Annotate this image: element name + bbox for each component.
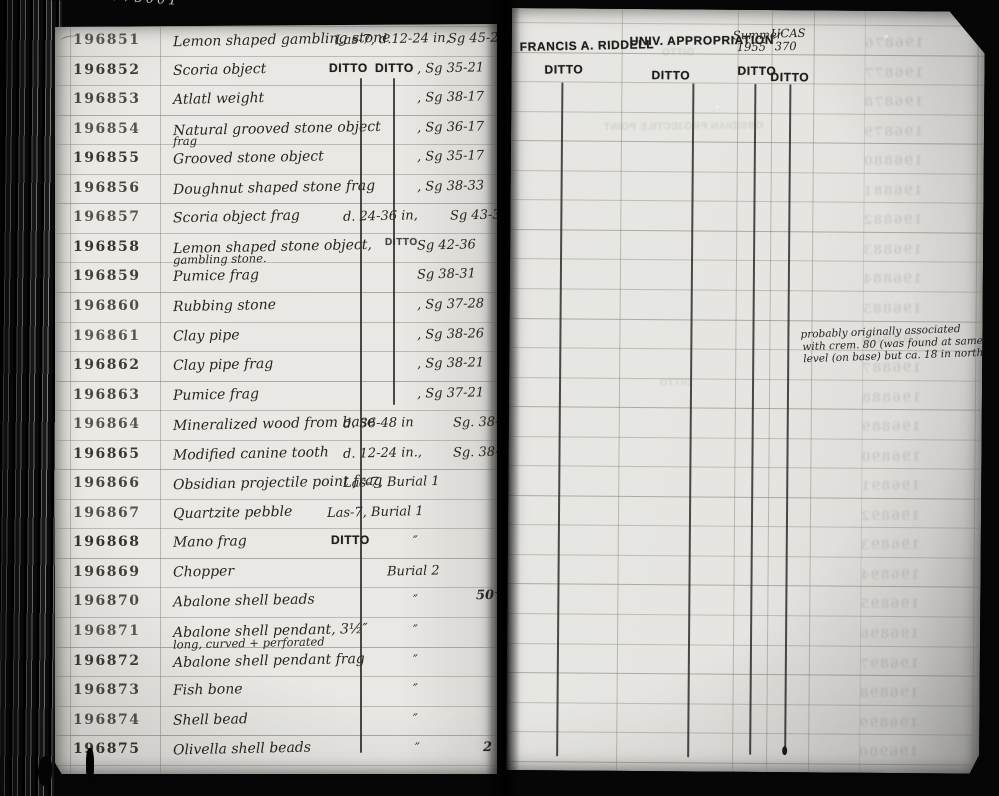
ghost-number: 196899 (858, 715, 918, 731)
ditto-stamp: DITTO (544, 62, 583, 76)
ditto-mark: ″ (413, 534, 418, 549)
catalog-number: 196855 (73, 150, 140, 166)
catalog-number: 196862 (73, 357, 140, 373)
catalog-number: 196868 (73, 534, 140, 550)
catalog-number: 196866 (73, 475, 140, 491)
ruled-line (510, 258, 983, 263)
ghost-number: 196889 (861, 420, 921, 436)
catalog-number: 196863 (73, 387, 140, 403)
specimen-number: , Sg 37-21 (417, 385, 484, 401)
ghost-number: 196879 (863, 124, 923, 140)
specimen-number: Sg 38-31 (417, 267, 476, 283)
catalog-row: 196864Mineralized wood from based. 36-48… (55, 414, 497, 444)
catalog-row: 196859Pumice fragSg 38-31 (55, 266, 497, 296)
provenience-note: Las-7, d.12-24 in, (335, 31, 450, 48)
catalog-number: 196854 (73, 121, 140, 137)
right-ruled-lines (512, 8, 985, 12)
season-year-handwriting: 1955 (737, 40, 766, 54)
catalog-row: 196868Mano frag″DITTO (55, 532, 497, 562)
object-description: Shell bead (173, 711, 248, 729)
ruled-line (508, 495, 981, 500)
catalog-number: 196874 (73, 712, 140, 728)
provenience-note: d. 24-36 in, (343, 209, 418, 226)
ghost-number: 196898 (859, 686, 919, 702)
catalog-number: 196873 (73, 682, 140, 698)
provenience-note: Las-7, Burial 1 (327, 504, 424, 521)
bleed-through-ghost-text: 1968761968771968781968791968801968811968… (512, 8, 985, 12)
catalog-number: 196864 (73, 416, 140, 432)
object-description: Olivella shell beads (173, 740, 311, 759)
column-rule (766, 10, 773, 772)
catalog-row: 196852Scoria object, Sg 35-21DITTODITTO (55, 60, 497, 90)
ghost-stamp: DITTO (662, 47, 694, 58)
specimen-number: , Sg 38-33 (417, 178, 484, 194)
catalog-row: 196866Obsidian projectile point fragLas-… (55, 473, 497, 503)
ruled-line (506, 761, 979, 766)
catalog-row: 196865Modified canine toothd. 12-24 in.,… (55, 444, 497, 474)
ink-line (749, 84, 756, 755)
catalog-row: 196861Clay pipe, Sg 38-26 (55, 326, 497, 356)
catalog-row: 196858Lemon shaped stone object,gambling… (55, 237, 497, 267)
catalog-row: 196851Lemon shaped gambling stoneLas-7, … (55, 30, 497, 60)
ruled-line (507, 583, 980, 588)
object-description: Abalone shell pendant frag (173, 651, 365, 671)
catalog-number: 196859 (73, 268, 140, 284)
ghost-number: 196892 (860, 508, 920, 524)
ghost-number: 196877 (863, 65, 923, 81)
object-description: Chopper (173, 563, 234, 580)
ruled-line (509, 406, 982, 411)
object-description-line2: long, curved + perforated (173, 634, 325, 651)
ditto-mark: ″ (413, 623, 418, 638)
corner-shadow (86, 748, 94, 782)
catalog-number: 196865 (73, 446, 140, 462)
object-description: Mano frag (173, 534, 247, 552)
object-description: Grooved stone object (173, 149, 324, 168)
ruled-line (510, 317, 983, 322)
specimen-number: , Sg 38-17 (417, 89, 484, 105)
ruled-line (510, 229, 983, 234)
ruled-line (511, 170, 984, 175)
ghost-number: 196897 (859, 656, 919, 672)
catalog-number: 196857 (73, 209, 140, 225)
ruled-line (511, 81, 984, 86)
object-description: Pumice frag (173, 267, 259, 285)
object-description: Scoria object frag (173, 208, 300, 227)
ledger-photo: 775001 196851Lemon shaped gambling stone… (0, 0, 999, 796)
ghost-stamp: DITTO (659, 377, 691, 388)
catalog-row: 196875Olivella shell beads″2 (55, 739, 497, 769)
object-description-line2: gambling stone. (173, 251, 267, 267)
ghost-number: 196896 (859, 627, 919, 643)
catalog-row: 196857Scoria object fragd. 24-36 in,Sg 4… (55, 207, 497, 237)
catalog-row: 196873Fish bone″ (55, 680, 497, 710)
object-description: Clay pipe (173, 327, 240, 344)
ghost-number: 196900 (858, 745, 918, 761)
specimen-number: , Sg 37-28 (417, 296, 484, 312)
object-description: Abalone shell beads (173, 592, 315, 611)
ruled-line (511, 111, 984, 116)
left-page: 196851Lemon shaped gambling stoneLas-7, … (55, 24, 497, 774)
catalog-row: 196862Clay pipe frag, Sg 38-21 (55, 355, 497, 385)
ditto-stamp: DITTO (331, 533, 370, 547)
object-description: Modified canine tooth (173, 444, 329, 463)
ditto-stamp: DITTO (375, 61, 414, 75)
specimen-number: , Sg 38-26 (417, 326, 484, 342)
catalog-number: 196875 (73, 741, 140, 757)
specimen-number: Sg 42-36 (417, 237, 476, 253)
ghost-number: 196886 (861, 331, 921, 347)
dust-speck (885, 35, 888, 38)
ink-line (393, 78, 395, 405)
ruled-line (510, 288, 983, 293)
ghost-number: 196890 (860, 449, 920, 465)
ditto-stamp: DITTO (385, 237, 418, 248)
object-description: Quartzite pebble (173, 504, 293, 522)
ink-line (784, 84, 791, 753)
object-description: Clay pipe frag (173, 356, 274, 374)
column-rule (972, 12, 979, 774)
ruled-line (508, 465, 981, 470)
catalog-row: 196854Natural grooved stone objectfrag, … (55, 119, 497, 149)
ruled-line (509, 377, 982, 382)
ghost-number: 196884 (862, 272, 922, 288)
catalog-row: 196870Abalone shell beads″50⁺ (55, 591, 497, 621)
catalog-number: 196860 (73, 298, 140, 314)
object-description: Doughnut shaped stone frag (173, 178, 375, 198)
catalog-number: 196858 (73, 239, 140, 255)
ruled-line (55, 26, 497, 27)
catalog-number: 196869 (73, 564, 140, 580)
page-fold-shadow (486, 0, 520, 796)
catalog-row: 196863Pumice frag, Sg 37-21 (55, 385, 497, 415)
catalog-row: 196856Doughnut shaped stone frag, Sg 38-… (55, 178, 497, 208)
ghost-number: 196881 (863, 183, 923, 199)
ghost-number: 196888 (861, 390, 921, 406)
catalog-row: 196871Abalone shell pendant, 3½″long, cu… (55, 621, 497, 651)
ghost-number: 196895 (859, 597, 919, 613)
ruled-line (509, 436, 982, 441)
ruled-line (506, 731, 979, 736)
ditto-mark: ″ (415, 741, 420, 756)
catalog-number: 196872 (73, 653, 140, 669)
catalog-number: 196870 (73, 593, 140, 609)
right-page: FRANCIS A. RIDDELL UNIV. APPROPRIATION S… (506, 8, 985, 774)
ink-blot (782, 746, 787, 755)
catalog-row: 196874Shell bead″ (55, 710, 497, 740)
ruled-line (507, 672, 980, 677)
ruled-line (508, 524, 981, 529)
provenience-note: Las-7, Burial 1 (343, 474, 440, 491)
provenience-note: d. 36-48 in (343, 415, 414, 431)
ditto-stamp: DITTO (329, 61, 368, 75)
column-rule (808, 10, 815, 772)
provenience-note: Burial 2 (387, 563, 440, 579)
ruled-line (507, 702, 980, 707)
object-description: Pumice frag (173, 386, 259, 404)
specimen-number: , Sg 35-17 (417, 148, 484, 164)
ghost-number: 196876 (864, 36, 924, 52)
ghost-number: 196882 (862, 213, 922, 229)
specimen-number: , Sg 38-21 (417, 355, 484, 371)
ghost-number: 196878 (863, 95, 923, 111)
catalog-number: 196861 (73, 328, 140, 344)
object-description: Atlatl weight (173, 90, 265, 108)
ghost-stamp: OBSIDIAN PROJECTILE POINT (603, 121, 763, 134)
ink-line (360, 78, 362, 753)
catalog-row: 196869ChopperBurial 2 (55, 562, 497, 592)
ditto-mark: ″ (413, 712, 418, 727)
ghost-number: 196880 (863, 154, 923, 170)
provenience-note: d. 12-24 in., (343, 445, 422, 462)
catalog-number: 196871 (73, 623, 140, 639)
ruled-line (510, 199, 983, 204)
corner-shadow (38, 756, 52, 786)
catalog-number: 196856 (73, 180, 140, 196)
catalog-row: 196872Abalone shell pendant frag″ (55, 651, 497, 681)
specimen-number: , Sg 36-17 (417, 119, 484, 135)
ditto-stamp: DITTO (651, 68, 690, 82)
ghost-number: 196894 (859, 568, 919, 584)
catalog-number: 196867 (73, 505, 140, 521)
ruled-line (508, 554, 981, 559)
ink-line (687, 83, 694, 757)
dust-speck (716, 106, 718, 108)
object-description: Natural grooved stone object (173, 118, 381, 138)
ruled-line (511, 140, 984, 145)
object-description: Rubbing stone (173, 297, 276, 315)
ghost-number: 196893 (860, 538, 920, 554)
ink-line (556, 82, 563, 756)
ruled-line (507, 643, 980, 648)
ditto-mark: ″ (413, 682, 418, 697)
ghost-number: 196887 (861, 361, 921, 377)
ditto-stamp: DITTO (770, 70, 809, 84)
catalog-row: 196855Grooved stone object, Sg 35-17 (55, 148, 497, 178)
ghost-number: 196891 (860, 479, 920, 495)
catalog-row: 196867Quartzite pebbleLas-7, Burial 1 (55, 503, 497, 533)
catalog-row: 196860Rubbing stone, Sg 37-28 (55, 296, 497, 326)
catalog-number: 196851 (73, 32, 140, 48)
ditto-mark: ″ (413, 652, 418, 667)
ghost-number: 196883 (862, 243, 922, 259)
ruled-line (512, 22, 985, 27)
catalog-number: 196852 (73, 62, 140, 78)
specimen-number: , Sg 35-21 (417, 60, 484, 76)
accession-number-handwriting: 370 (775, 39, 797, 53)
spine-label: 775001 (112, 0, 223, 12)
catalog-row: 196853Atlatl weight, Sg 38-17 (55, 89, 497, 119)
ditto-mark: ″ (413, 593, 418, 608)
ghost-number: 196885 (862, 302, 922, 318)
ruled-line (507, 613, 980, 618)
object-description: Fish bone (173, 681, 243, 698)
object-description-line2: frag (173, 133, 197, 147)
object-description: Scoria object (173, 61, 267, 79)
catalog-number: 196853 (73, 91, 140, 107)
